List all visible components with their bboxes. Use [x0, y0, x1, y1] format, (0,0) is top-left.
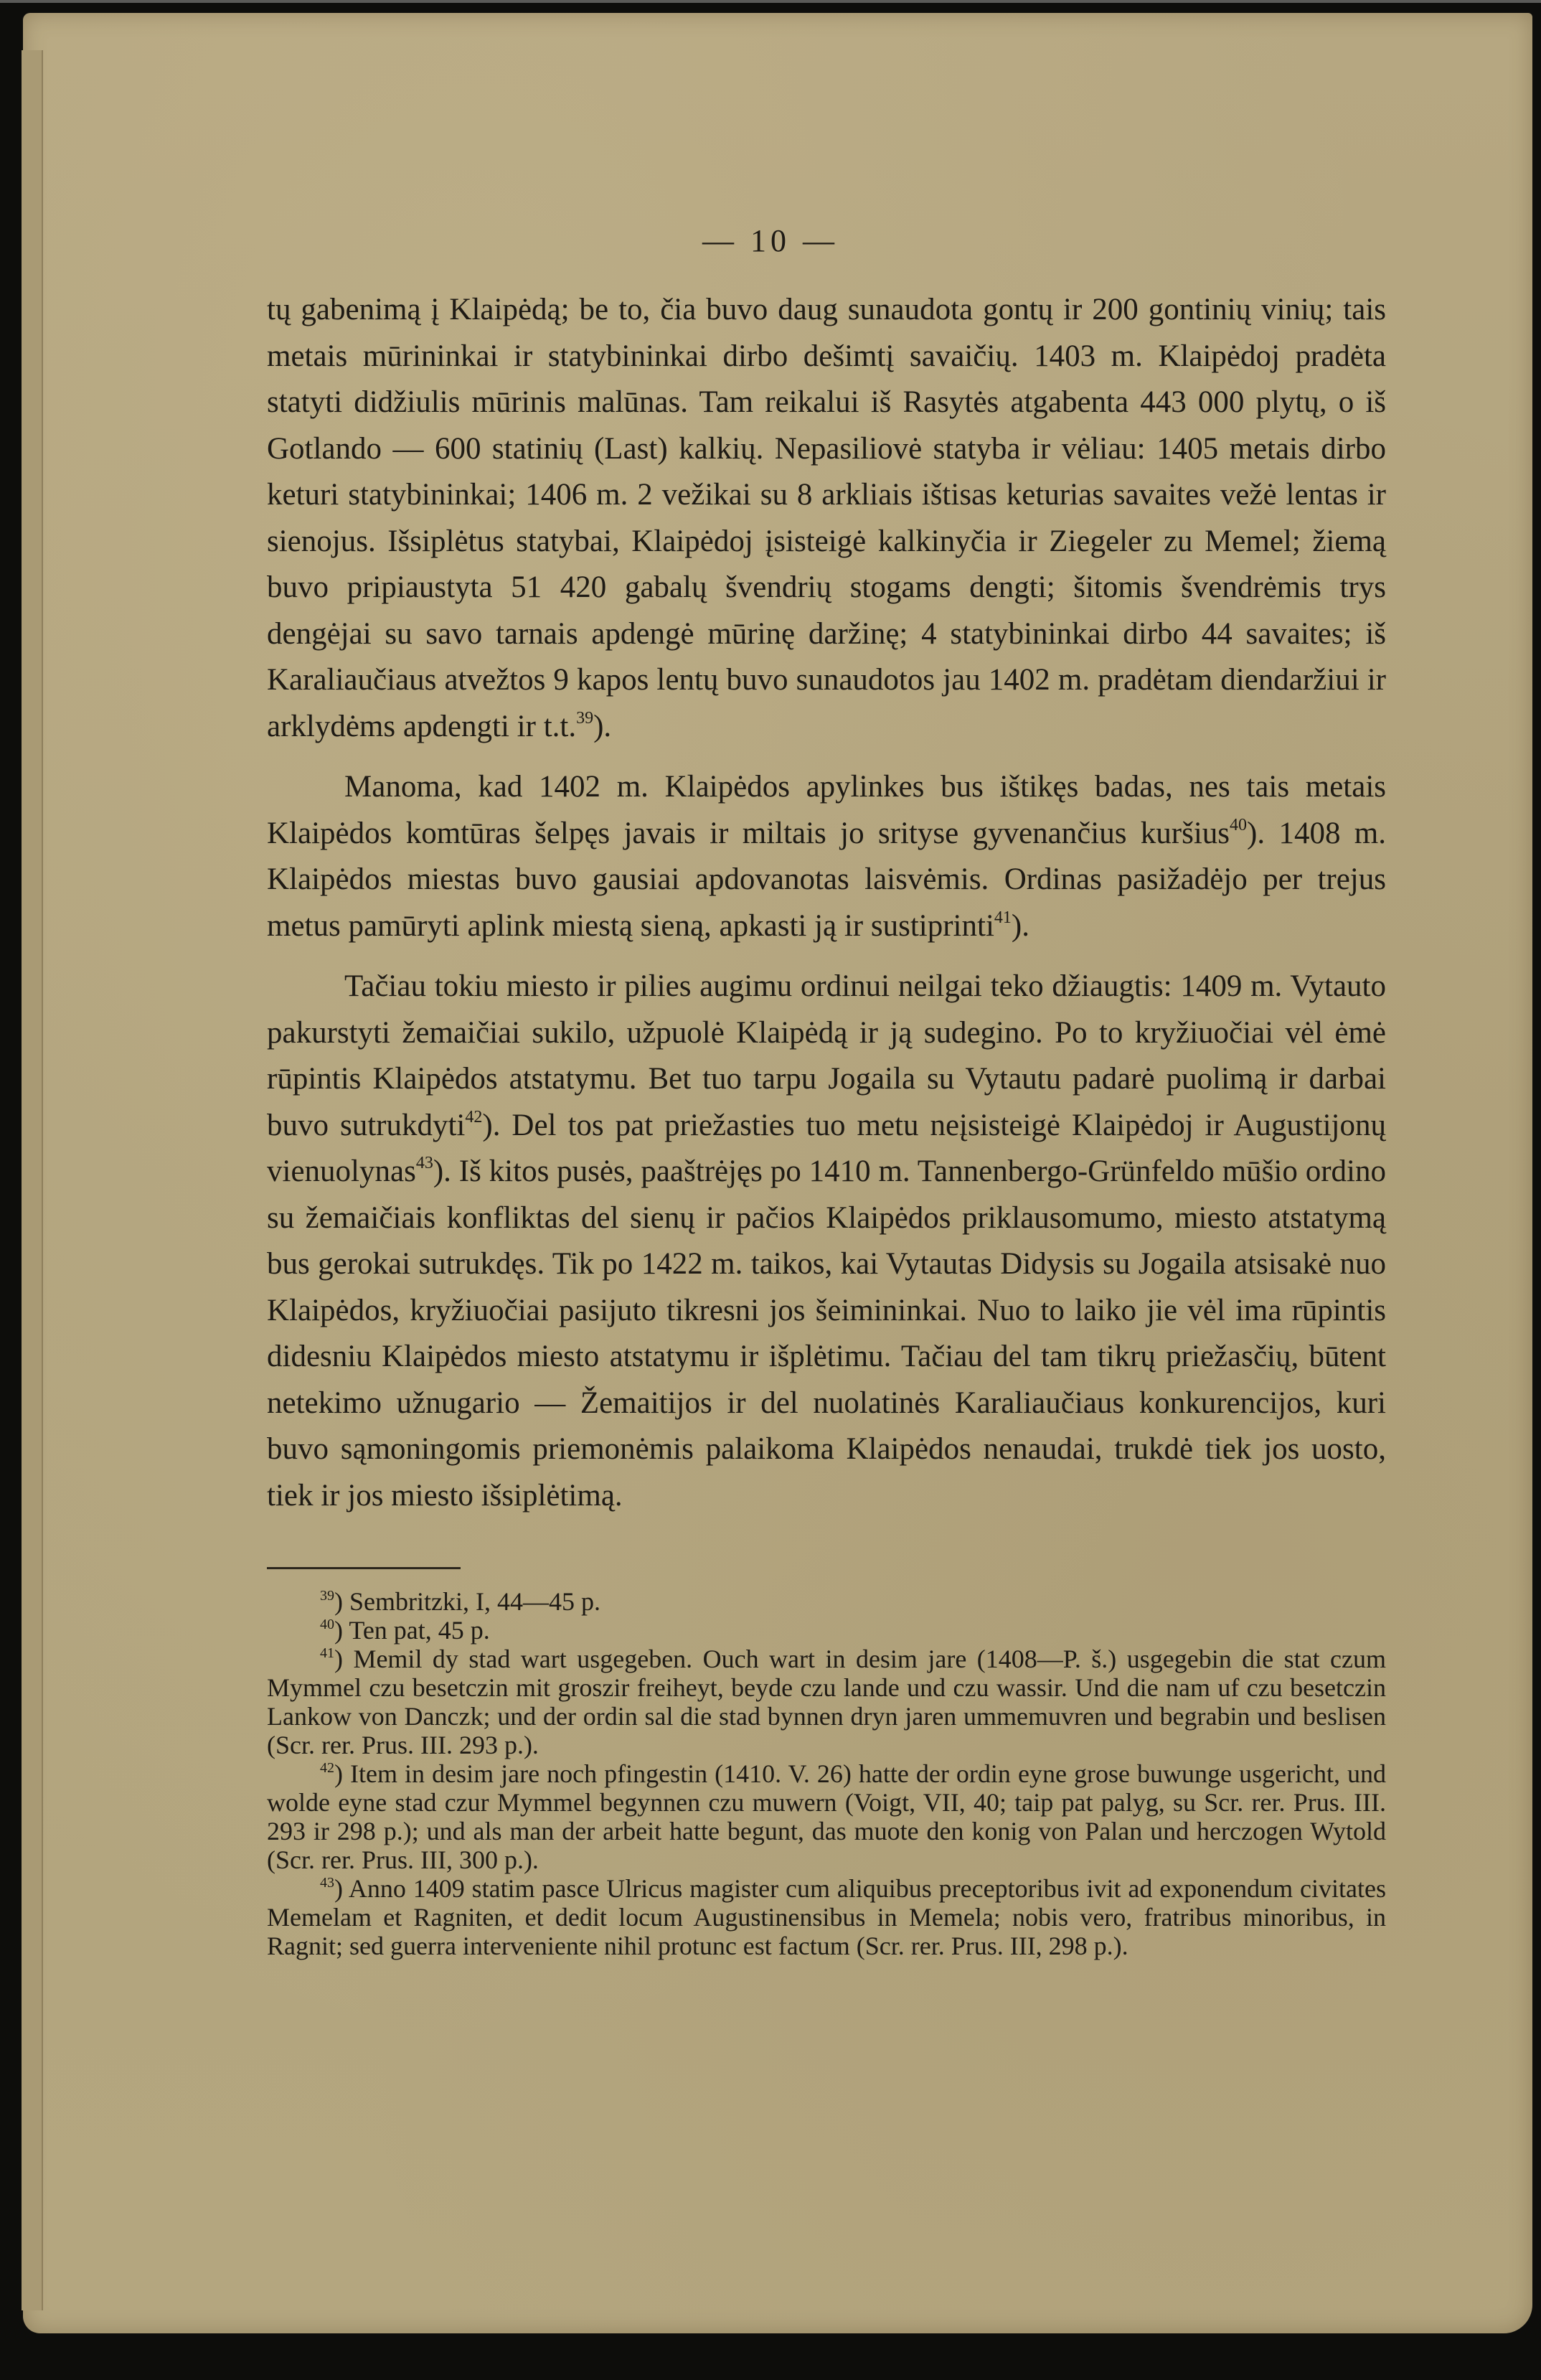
- paragraph: tų gabenimą į Klaipėdą; be to, čia buvo …: [267, 287, 1386, 750]
- footnote-ref: 40: [1230, 816, 1247, 834]
- footnote: 42) Item in desim jare noch pfingestin (…: [267, 1759, 1386, 1874]
- footnotes: 39) Sembritzki, I, 44—45 p. 40) Ten pat,…: [267, 1587, 1386, 1960]
- page-torn-edge: [22, 50, 43, 2310]
- footnote: 43) Anno 1409 statim pasce Ulricus magis…: [267, 1874, 1386, 1960]
- paragraph-text: Manoma, kad 1402 m. Klaipėdos apylinkes …: [267, 770, 1386, 850]
- footnote-ref: 43: [416, 1154, 433, 1172]
- footnote: 40) Ten pat, 45 p.: [267, 1616, 1386, 1645]
- footnote-divider: [267, 1567, 461, 1569]
- footnote-number: 42: [320, 1760, 334, 1776]
- footnote-ref: 39: [576, 709, 593, 728]
- paragraph-text: ).: [593, 710, 611, 743]
- footnote-number: 40: [320, 1617, 334, 1632]
- footnote-text: ) Sembritzki, I, 44—45 p.: [334, 1587, 600, 1616]
- paragraph: Manoma, kad 1402 m. Klaipėdos apylinkes …: [267, 764, 1386, 949]
- footnote-text: ) Anno 1409 statim pasce Ulricus magiste…: [267, 1874, 1386, 1960]
- footnote-ref: 41: [994, 908, 1012, 927]
- footnote-number: 41: [320, 1645, 334, 1661]
- paragraph-text: ). Iš kitos pusės, paaštrėjęs po 1410 m.…: [267, 1154, 1386, 1513]
- footnote-text: ) Memil dy stad wart usgegeben. Ouch war…: [267, 1645, 1386, 1759]
- paragraph-text: tų gabenimą į Klaipėdą; be to, čia buvo …: [267, 293, 1386, 743]
- page-number: — 10 —: [0, 222, 1541, 259]
- paragraph: Tačiau tokiu miesto ir pilies augimu ord…: [267, 964, 1386, 1519]
- body-text: tų gabenimą į Klaipėdą; be to, čia buvo …: [267, 287, 1386, 1519]
- footnote-text: ) Item in desim jare noch pfingestin (14…: [267, 1759, 1386, 1874]
- footnote-text: ) Ten pat, 45 p.: [334, 1616, 490, 1645]
- footnote-ref: 42: [465, 1108, 482, 1126]
- paragraph-text: ).: [1012, 909, 1029, 943]
- footnote-number: 43: [320, 1875, 334, 1891]
- footnote-number: 39: [320, 1588, 334, 1604]
- footnote: 39) Sembritzki, I, 44—45 p.: [267, 1587, 1386, 1616]
- scan-border: [0, 0, 1541, 3]
- footnote: 41) Memil dy stad wart usgegeben. Ouch w…: [267, 1645, 1386, 1759]
